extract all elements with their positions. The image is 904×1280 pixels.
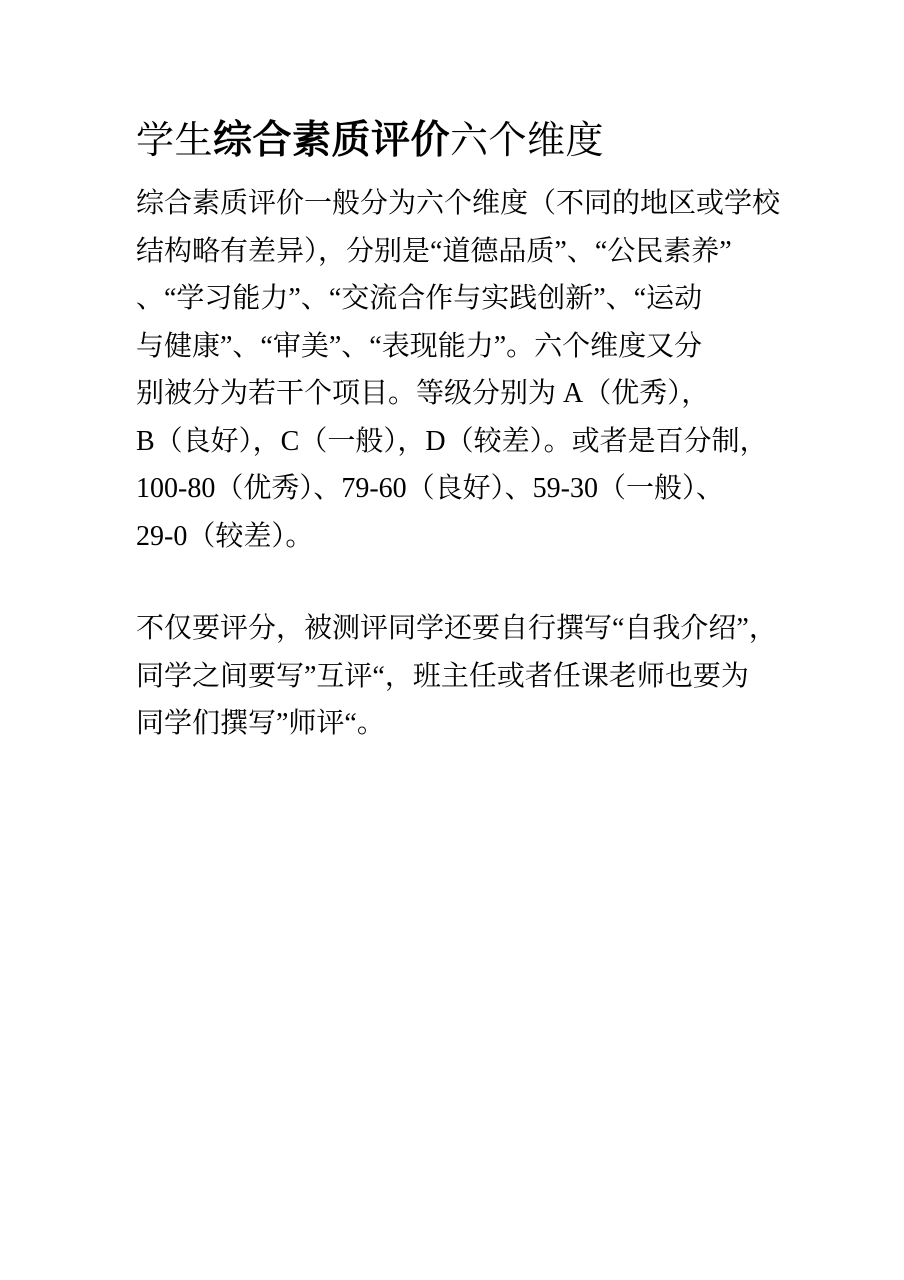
text-line: 与健康”、“审美”、“表现能力”。六个维度又分 — [136, 323, 780, 371]
text-line: 综合素质评价一般分为六个维度（不同的地区或学校 — [136, 180, 780, 228]
text-line: 同学之间要写”互评“，班主任或者任课老师也要为 — [136, 653, 777, 701]
title-segment-emphasis: 综合素质评价 — [213, 119, 450, 162]
text-line: 29-0（较差）。 — [136, 513, 780, 561]
title-segment-prefix: 学生 — [136, 120, 213, 162]
paragraph-evaluation-writing: 不仅要评分，被测评同学还要自行撰写“自我介绍”， 同学之间要写”互评“，班主任或… — [136, 605, 777, 748]
title-segment-suffix: 六个维度 — [450, 120, 604, 162]
text-line: 100-80（优秀）、79-60（良好）、59-30（一般）、 — [136, 465, 780, 513]
paragraph-evaluation-dimensions: 综合素质评价一般分为六个维度（不同的地区或学校 结构略有差异），分别是“道德品质… — [136, 180, 780, 560]
page-title: 学生综合素质评价六个维度 — [136, 119, 604, 163]
text-line: 、“学习能力”、“交流合作与实践创新”、“运动 — [136, 275, 780, 323]
text-line: B（良好），C（一般），D（较差）。或者是百分制， — [136, 418, 780, 466]
text-line: 别被分为若干个项目。等级分别为 A（优秀）， — [136, 370, 780, 418]
text-line: 同学们撰写”师评“。 — [136, 700, 777, 748]
text-line: 不仅要评分，被测评同学还要自行撰写“自我介绍”， — [136, 605, 777, 653]
text-line: 结构略有差异），分别是“道德品质”、“公民素养” — [136, 228, 780, 276]
document-page: 学生综合素质评价六个维度 综合素质评价一般分为六个维度（不同的地区或学校 结构略… — [0, 0, 904, 1280]
